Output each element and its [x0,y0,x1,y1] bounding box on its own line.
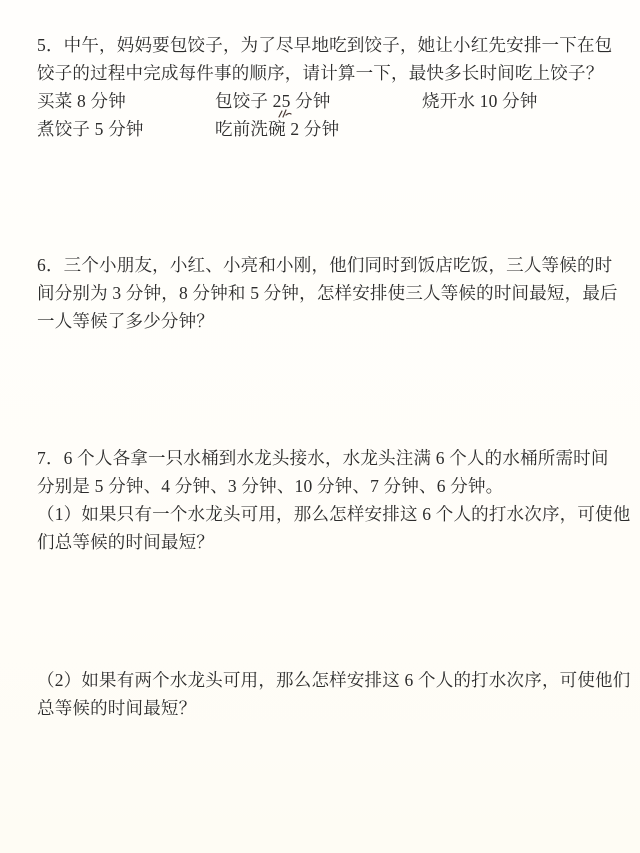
task-wash-bowls: 吃前洗碗 2 分钟 [215,115,422,143]
problem-5-task-times-row-1: 买菜 8 分钟 包饺子 25 分钟 烧开水 10 分钟 [37,87,606,115]
problem-5-task-times-row-2: 煮饺子 5 分钟 吃前洗碗 2 分钟 [37,115,606,143]
task-buy-vegetables: 买菜 8 分钟 [37,87,215,115]
problem-6: 6．三个小朋友，小红、小亮和小刚，他们同时到饭店吃饭，三人等候的时 间分别为 3… [37,251,606,335]
worksheet-page: 5．中午，妈妈要包饺子，为了尽早地吃到饺子，她让小红先安排一下在包 饺子的过程中… [0,0,640,853]
problem-6-text-line-1: 6．三个小朋友，小红、小亮和小刚，他们同时到饭店吃饭，三人等候的时 [37,251,606,279]
problem-6-text-line-3: 一人等候了多少分钟？ [37,307,606,335]
task-boil-water: 烧开水 10 分钟 [422,87,606,115]
problem-7-intro-line-1: 7．6 个人各拿一只水桶到水龙头接水，水龙头注满 6 个人的水桶所需时间 [37,444,606,472]
problem-5-text-line-1: 5．中午，妈妈要包饺子，为了尽早地吃到饺子，她让小红先安排一下在包 [37,31,606,59]
task-wrap-dumplings: 包饺子 25 分钟 [215,87,422,115]
problem-7-part1-line-2: 们总等候的时间最短？ [37,528,606,556]
problem-7-part2-line-2: 总等候的时间最短？ [37,694,606,722]
problem-7-intro-line-2: 分别是 5 分钟、4 分钟、3 分钟、10 分钟、7 分钟、6 分钟。 [37,472,606,500]
problem-7: 7．6 个人各拿一只水桶到水龙头接水，水龙头注满 6 个人的水桶所需时间 分别是… [37,444,606,556]
problem-7-part1-line-1: （1）如果只有一个水龙头可用，那么怎样安排这 6 个人的打水次序，可使他 [37,500,606,528]
problem-5-text-line-2: 饺子的过程中完成每件事的顺序，请计算一下，最快多长时间吃上饺子？ [37,59,606,87]
problem-7-part-2: （2）如果有两个水龙头可用，那么怎样安排这 6 个人的打水次序，可使他们 总等候… [37,666,606,722]
problem-6-text-line-2: 间分别为 3 分钟，8 分钟和 5 分钟，怎样安排使三人等候的时间最短，最后 [37,279,606,307]
task-cook-dumplings: 煮饺子 5 分钟 [37,115,215,143]
problem-7-part2-line-1: （2）如果有两个水龙头可用，那么怎样安排这 6 个人的打水次序，可使他们 [37,666,606,694]
problem-5: 5．中午，妈妈要包饺子，为了尽早地吃到饺子，她让小红先安排一下在包 饺子的过程中… [37,31,606,143]
